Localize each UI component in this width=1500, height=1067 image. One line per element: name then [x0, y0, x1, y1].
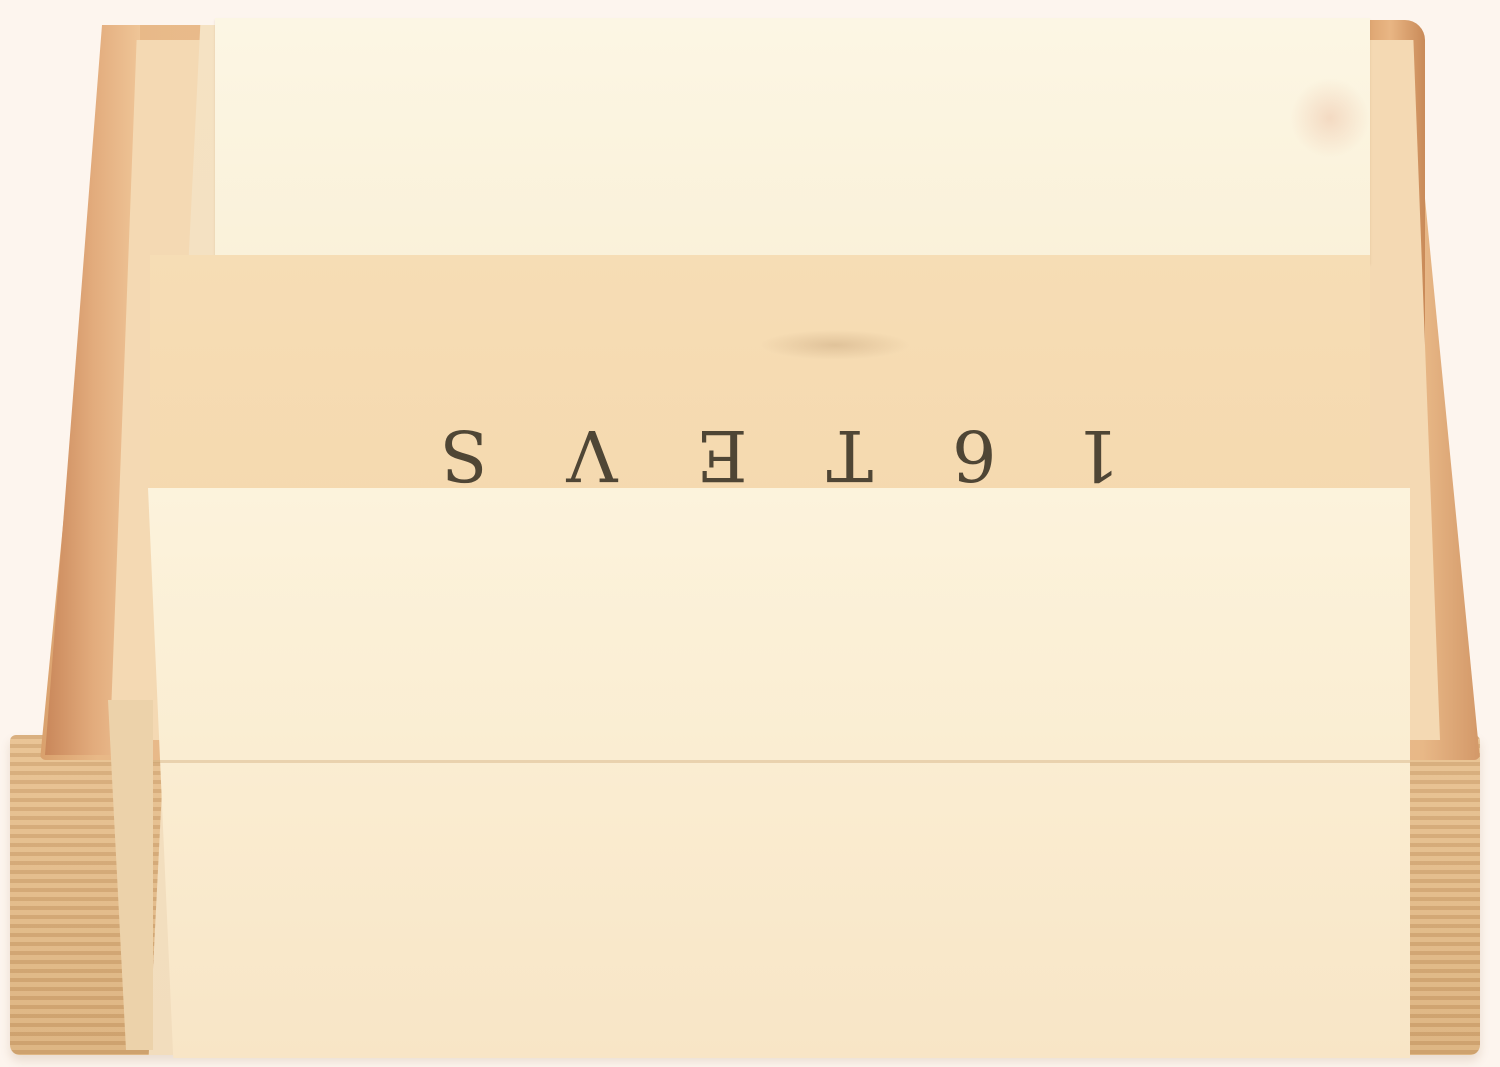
printed-char: S — [430, 420, 488, 490]
top-paper-label — [215, 18, 1370, 263]
printed-char: 6 — [942, 420, 997, 490]
label-fold-crease — [148, 760, 1410, 763]
printed-char: V — [557, 420, 618, 490]
photo-scene: 1 6 T E V S — [0, 0, 1500, 1067]
printed-char: E — [686, 420, 747, 490]
printed-label-text: 1 6 T E V S — [430, 420, 1120, 490]
printed-char: 1 — [1065, 420, 1120, 490]
ink-smudge — [760, 330, 910, 360]
printed-char: T — [816, 420, 873, 490]
bottom-paper-label — [148, 488, 1410, 1058]
